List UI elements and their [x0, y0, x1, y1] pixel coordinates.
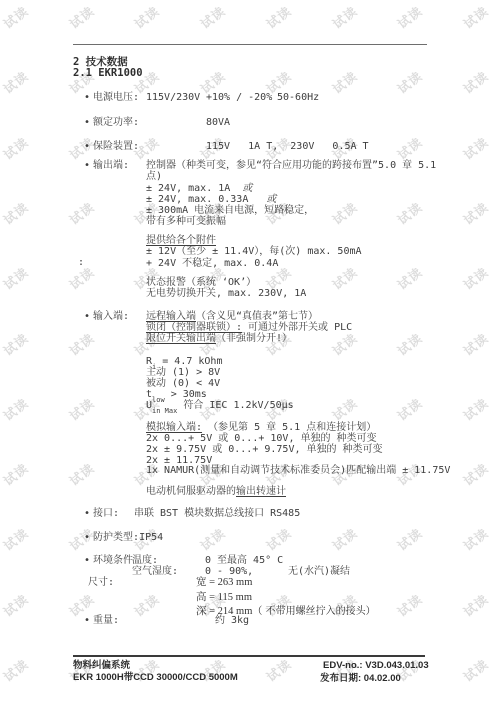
analog-line4: 1x NAMUR(测量和自动调节技术标准委员会)匹配输出端 ± 11.75V: [146, 465, 450, 476]
env-size-label: 尺寸:: [88, 577, 114, 588]
label-text: 输入端:: [93, 311, 129, 322]
value-text: ± 24V, max. 1A: [146, 183, 242, 194]
spec-environment-label: •环境条件: [84, 555, 133, 566]
document-page: 试读试读试读试读试读试读试读试读试读试读试读试读试读试读试读试读试读试读试读试读…: [0, 0, 499, 706]
spec-power-voltage-v1: 115V/230V: [146, 92, 200, 103]
value-text: （参见第 5 章 5.1 点和连接计划）: [202, 422, 376, 433]
tachometer-line: 电动机伺服驱动器的输出转速计: [146, 486, 286, 497]
spec-interface-value: 串联 BST 模块数据总线接口 RS485: [134, 508, 300, 519]
footer-system-name: 物料纠偏系统: [73, 660, 130, 671]
value-text: ± 24V, max. 0.33A: [146, 194, 266, 205]
value-text: （含义见“真值表”第七节）: [196, 311, 318, 322]
spec-power-voltage-v3: 50-60Hz: [277, 92, 319, 103]
spec-fuse-value: 115V 1A T, 230V 0.5A T: [206, 141, 369, 152]
accessories-line2: + 24V 不稳定, max. 0.4A: [146, 258, 278, 269]
or-word: 或: [266, 194, 276, 205]
input-passive-line: 被动 (0) < 4V: [146, 378, 220, 389]
footer-rule: [73, 655, 425, 657]
spec-weight-value: 约 3kg: [215, 615, 249, 626]
underlined-term: 远程输入端: [146, 311, 196, 322]
bullet-dot: •: [84, 311, 90, 322]
value-text: > 30ms: [165, 389, 207, 400]
input-limit-line: 限位开关输出端（非强制分开!）: [146, 333, 292, 344]
dimension-width: 宽 = 263 mm: [196, 577, 252, 588]
bullet-dot: •: [84, 555, 90, 566]
spec-output-line6: 带有多种可变振幅: [146, 216, 226, 227]
status-alarm-line2: 无电势切换开关, max. 230V, 1A: [146, 288, 306, 299]
footer-edv-number: EDV-no.: V3D.043.01.03: [323, 660, 429, 671]
bullet-dot: •: [84, 160, 90, 171]
underlined-term: 限位开关输出端: [146, 333, 216, 344]
label-text: 环境条件: [93, 555, 133, 566]
footer-model-name: EKR 1000H带CCD 30000/CCD 5000M: [73, 672, 238, 683]
value-text: 电动机伺服驱动器的: [146, 486, 236, 497]
accessories-line1: ± 12V（至少 ± 11.4V），每(次) max. 50mA: [146, 246, 362, 257]
label-text: 防护类型:: [93, 532, 139, 543]
margin-colon: :: [78, 257, 84, 268]
bullet-dot: •: [84, 532, 90, 543]
value-text: 可通过外部开关或 PLC: [242, 322, 352, 333]
analog-input-title-line: 模拟输入端: （参见第 5 章 5.1 点和连接计划）: [146, 422, 376, 433]
env-humidity-label: 空气湿度:: [132, 566, 178, 577]
input-active-line: 主动 (1) > 8V: [146, 367, 220, 378]
spec-power-voltage-v2: +10% / -20%: [206, 92, 272, 103]
spec-weight-label: •重量:: [84, 615, 119, 626]
depth-note: （ 不带用螺丝拧入的接头）: [252, 606, 375, 617]
bullet-dot: •: [84, 92, 90, 103]
env-humidity-value: 0 - 90%,: [205, 566, 253, 577]
spec-protection-line: •防护类型:IP54: [84, 532, 163, 543]
analog-line1: 2x 0...+ 5V 或 0...+ 10V, 单独的 种类可变: [146, 433, 377, 444]
label-text: 接口:: [93, 508, 119, 519]
spec-rated-power-value: 80VA: [206, 117, 230, 128]
label-text: 重量:: [93, 615, 119, 626]
symbol-subscript: in Max: [152, 407, 177, 415]
spec-output-line5: ± 300mA 电流来自电源，短路稳定，: [146, 205, 314, 216]
value-text: IP54: [139, 532, 163, 543]
value-text: （非强制分开!）: [216, 333, 292, 344]
input-uin-line: Uin Max 符合 IEC 1.2kV/50μs: [146, 400, 294, 411]
footer-release-date: 发布日期: 04.02.00: [320, 673, 401, 684]
input-remote-line: 远程输入端（含义见“真值表”第七节）: [146, 311, 318, 322]
label-text: 额定功率:: [93, 117, 139, 128]
label-text: 输出端:: [93, 160, 129, 171]
spec-output-label: •输出端:: [84, 160, 129, 171]
label-text: 电源电压:: [93, 92, 139, 103]
input-ri-line: Ri = 4.7 kOhm: [146, 356, 222, 367]
or-word: 或: [242, 183, 252, 194]
bullet-dot: •: [84, 141, 90, 152]
dimension-height: 高 = 115 mm: [196, 592, 252, 603]
section-subtitle: 2.1 EKR1000: [73, 68, 143, 79]
value-text: = 4.7 kOhm: [156, 356, 222, 367]
analog-line2: 2x ± 9.75V 或 0...+ 9.75V, 单独的 种类可变: [146, 444, 383, 455]
spec-output-line4: ± 24V, max. 0.33A 或: [146, 194, 276, 205]
env-temp-label: 温度:: [132, 555, 158, 566]
spec-output-line2: 点): [146, 171, 162, 182]
spec-fuse-label: •保险装置:: [84, 141, 139, 152]
env-humidity-note: 无(水汽)凝结: [288, 566, 350, 577]
label-text: 保险装置:: [93, 141, 139, 152]
header-rule: [73, 44, 427, 45]
spec-rated-power-label: •额定功率:: [84, 117, 139, 128]
bullet-dot: •: [84, 615, 90, 626]
bullet-dot: •: [84, 508, 90, 519]
spec-input-label: •输入端:: [84, 311, 129, 322]
spec-output-line1: 控制器（种类可变，参见“符合应用功能的跨接布置”5.0 章 5.1: [146, 160, 436, 171]
input-tlow-line: tlow > 30ms: [146, 389, 207, 400]
status-alarm-line1: 状态报警（系统 ‘OK’）: [146, 277, 256, 288]
spec-power-voltage-label: •电源电压:: [84, 92, 139, 103]
underlined-term: 模拟输入端:: [146, 422, 202, 433]
underlined-term: 输出转速计: [236, 486, 286, 497]
spec-interface-label: •接口:: [84, 508, 119, 519]
page-content: 2 技术数据 2.1 EKR1000 •电源电压: 115V/230V +10%…: [0, 0, 499, 706]
bullet-dot: •: [84, 117, 90, 128]
spec-output-line3: ± 24V, max. 1A 或: [146, 183, 252, 194]
input-lock-line: 锁闭（控制器联锁）: 可通过外部开关或 PLC: [146, 322, 352, 333]
underlined-term: 锁闭（控制器联锁）:: [146, 322, 242, 333]
env-temp-value: 0 至最高 45° C: [205, 555, 283, 566]
accessories-title: 提供给各个附件: [146, 235, 216, 246]
value-text: 符合 IEC 1.2kV/50μs: [177, 400, 293, 411]
